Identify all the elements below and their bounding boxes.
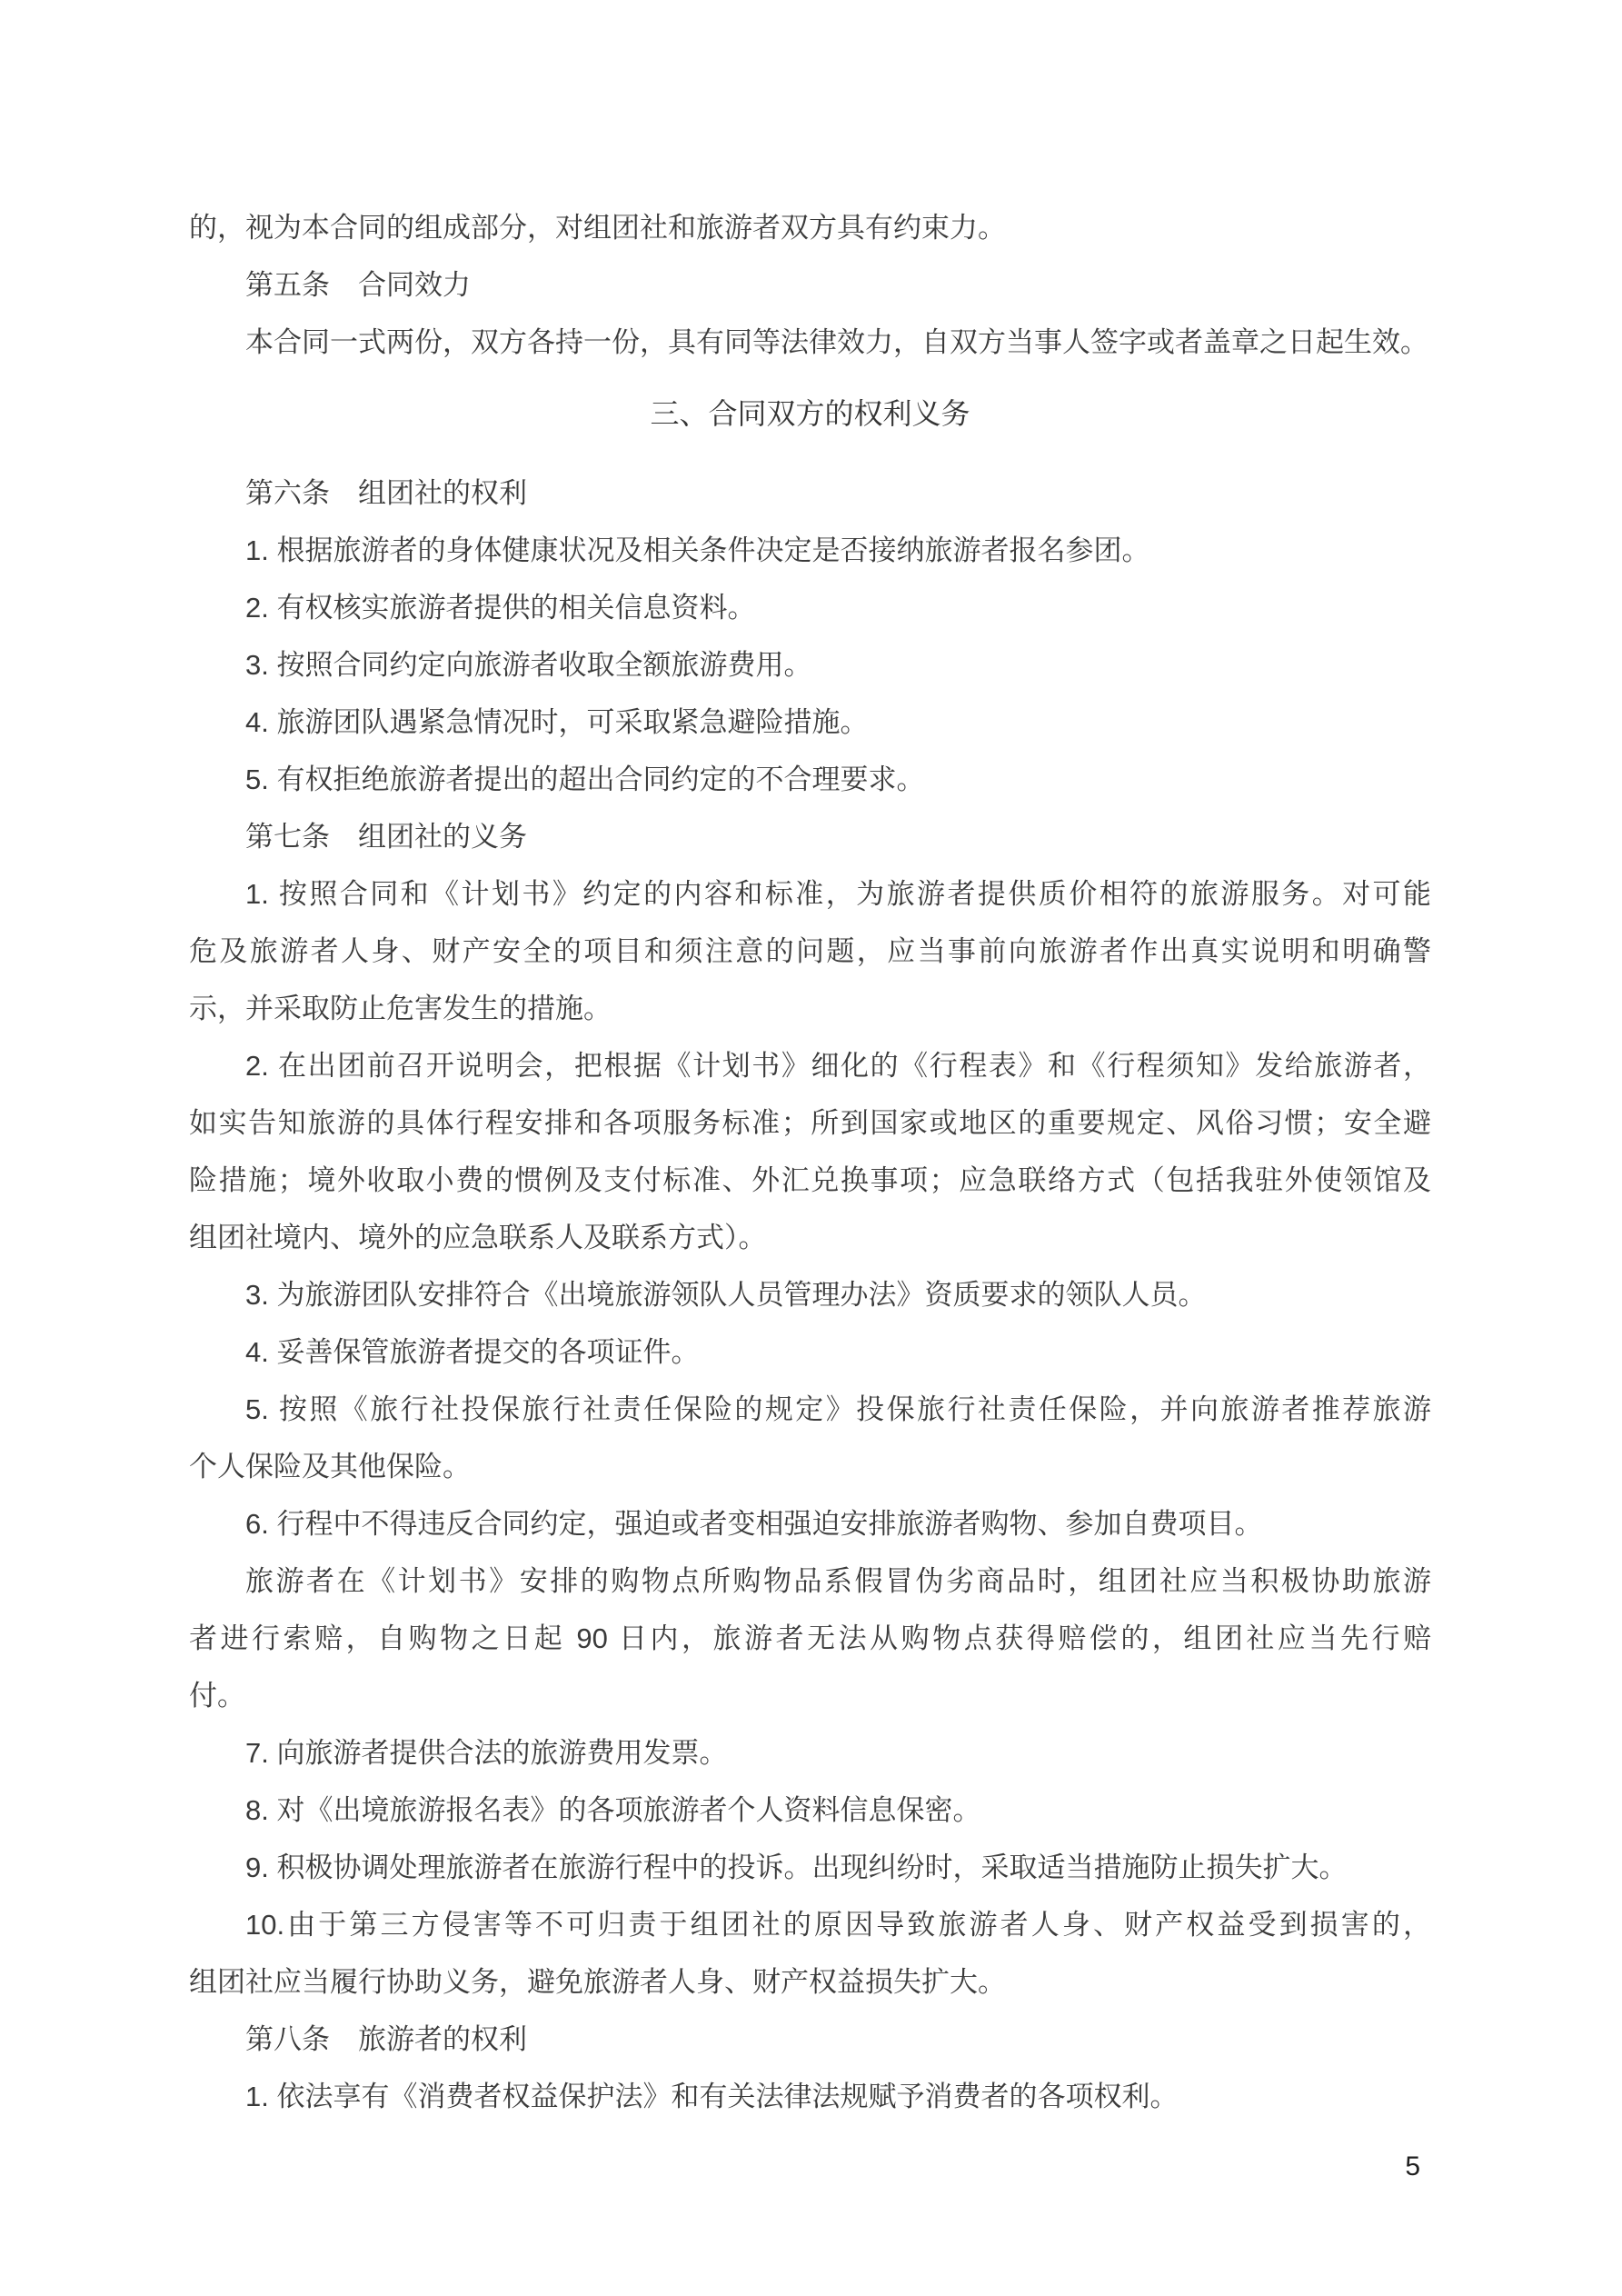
- paragraph-line: 3. 按照合同约定向旅游者收取全额旅游费用。: [189, 636, 1431, 694]
- paragraph-line: 6. 行程中不得违反合同约定，强迫或者变相强迫安排旅游者购物、参加自费项目。: [189, 1495, 1431, 1552]
- paragraph-line: 本合同一式两份，双方各持一份，具有同等法律效力，自双方当事人签字或者盖章之日起生…: [189, 314, 1431, 371]
- paragraph-line: 个人保险及其他保险。: [189, 1438, 1431, 1495]
- document-body: 的，视为本合同的组成部分，对组团社和旅游者双方具有约束力。第五条 合同效力本合同…: [189, 199, 1431, 2125]
- paragraph-line: 组团社境内、境外的应急联系人及联系方式）。: [189, 1209, 1431, 1266]
- page-footer: 5: [1405, 2147, 1420, 2187]
- paragraph-line: 示，并采取防止危害发生的措施。: [189, 980, 1431, 1037]
- paragraph-line: 旅游者在《计划书》安排的购物点所购物品系假冒伪劣商品时，组团社应当积极协助旅游: [189, 1552, 1431, 1610]
- paragraph-line: 1. 根据旅游者的身体健康状况及相关条件决定是否接纳旅游者报名参团。: [189, 522, 1431, 579]
- document-page: 的，视为本合同的组成部分，对组团社和旅游者双方具有约束力。第五条 合同效力本合同…: [0, 0, 1622, 2296]
- paragraph-line: 10.由于第三方侵害等不可归责于组团社的原因导致旅游者人身、财产权益受到损害的，: [189, 1896, 1431, 1953]
- paragraph-line: 4. 妥善保管旅游者提交的各项证件。: [189, 1323, 1431, 1381]
- paragraph-line: 4. 旅游团队遇紧急情况时，可采取紧急避险措施。: [189, 694, 1431, 751]
- paragraph-line: 3. 为旅游团队安排符合《出境旅游领队人员管理办法》资质要求的领队人员。: [189, 1266, 1431, 1323]
- paragraph-line: 者进行索赔，自购物之日起 90 日内，旅游者无法从购物点获得赔偿的，组团社应当先…: [189, 1610, 1431, 1667]
- paragraph-line: 付。: [189, 1667, 1431, 1724]
- page-number: 5: [1405, 2151, 1420, 2181]
- paragraph-line: 组团社应当履行协助义务，避免旅游者人身、财产权益损失扩大。: [189, 1953, 1431, 2011]
- paragraph-line: 5. 按照《旅行社投保旅行社责任保险的规定》投保旅行社责任保险，并向旅游者推荐旅…: [189, 1381, 1431, 1438]
- paragraph-line: 2. 在出团前召开说明会，把根据《计划书》细化的《行程表》和《行程须知》发给旅游…: [189, 1037, 1431, 1094]
- paragraph-line: 危及旅游者人身、财产安全的项目和须注意的问题，应当事前向旅游者作出真实说明和明确…: [189, 923, 1431, 980]
- paragraph-line: 1. 依法享有《消费者权益保护法》和有关法律法规赋予消费者的各项权利。: [189, 2068, 1431, 2125]
- paragraph-line: 9. 积极协调处理旅游者在旅游行程中的投诉。出现纠纷时，采取适当措施防止损失扩大…: [189, 1839, 1431, 1896]
- paragraph-line: 5. 有权拒绝旅游者提出的超出合同约定的不合理要求。: [189, 751, 1431, 808]
- paragraph-line: 2. 有权核实旅游者提供的相关信息资料。: [189, 579, 1431, 636]
- paragraph-line: 如实告知旅游的具体行程安排和各项服务标准；所到国家或地区的重要规定、风俗习惯；安…: [189, 1094, 1431, 1152]
- paragraph-line: 第五条 合同效力: [189, 256, 1431, 314]
- paragraph-line: 险措施；境外收取小费的惯例及支付标准、外汇兑换事项；应急联络方式（包括我驻外使领…: [189, 1152, 1431, 1209]
- paragraph-line: 第七条 组团社的义务: [189, 808, 1431, 865]
- paragraph-line: 7. 向旅游者提供合法的旅游费用发票。: [189, 1724, 1431, 1782]
- paragraph-line: 的，视为本合同的组成部分，对组团社和旅游者双方具有约束力。: [189, 199, 1431, 256]
- paragraph-line: 第八条 旅游者的权利: [189, 2011, 1431, 2068]
- paragraph-line: 8. 对《出境旅游报名表》的各项旅游者个人资料信息保密。: [189, 1782, 1431, 1839]
- paragraph-line: 第六条 组团社的权利: [189, 464, 1431, 522]
- section-heading: 三、合同双方的权利义务: [189, 385, 1431, 443]
- paragraph-line: 1. 按照合同和《计划书》约定的内容和标准，为旅游者提供质价相符的旅游服务。对可…: [189, 865, 1431, 923]
